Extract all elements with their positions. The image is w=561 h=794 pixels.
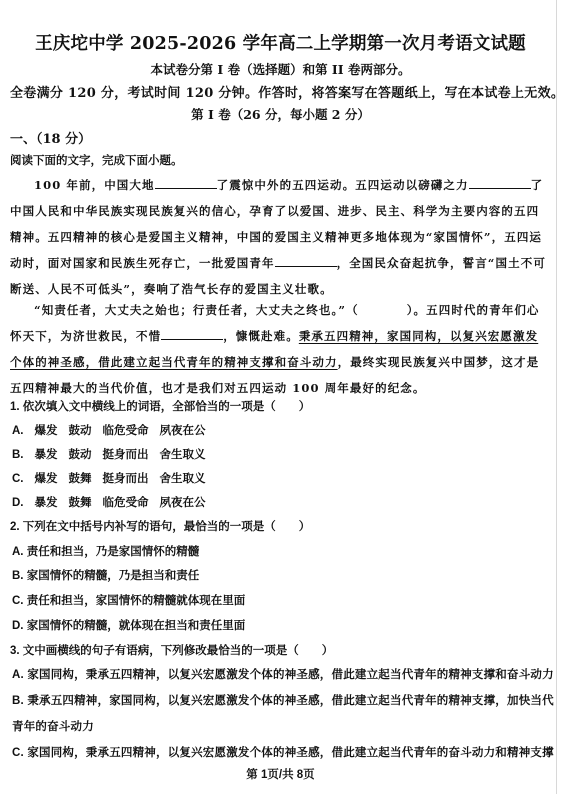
passage-text: “知责任者，大丈夫之始也；行责任者，大丈夫之终也。”（ — [34, 303, 359, 317]
option-word: 舍生取义 — [160, 446, 206, 462]
option-word: 爆发 — [35, 470, 58, 486]
option-label: B. — [12, 570, 24, 582]
section-instruction: 阅读下面的文字，完成下面小题。 — [10, 152, 183, 168]
option-word: 鼓舞 — [69, 494, 92, 510]
option-word: 夙夜在公 — [160, 494, 206, 510]
question-1-option-c: C.爆发鼓舞挺身而出舍生取义 — [12, 470, 217, 486]
question-2-stem: 2. 下列在文中括号内补写的语句，最恰当的一项是（ ） — [10, 518, 310, 534]
passage-paragraph-2: “知责任者，大丈夫之始也；行责任者，大丈夫之终也。”（）。五四时代的青年们心怀天… — [10, 297, 550, 401]
option-word: 夙夜在公 — [160, 422, 206, 438]
passage-text: 了震惊中外的五四运动。五四运动以磅礴之力 — [217, 178, 469, 192]
option-text: 责任和担当，乃是家国情怀的精髓 — [27, 546, 200, 558]
option-word: 挺身而出 — [103, 446, 149, 462]
option-label: A. — [12, 669, 24, 681]
option-label: B. — [12, 449, 24, 461]
option-label: C. — [12, 747, 24, 759]
passage-text: 100 年前，中国大地 — [34, 178, 155, 192]
option-label: A. — [12, 425, 24, 437]
option-word: 临危受命 — [103, 422, 149, 438]
exam-notice: 全卷满分 120 分，考试时间 120 分钟。作答时，将答案写在答题纸上，写在本… — [10, 82, 561, 101]
option-word: 挺身而出 — [103, 470, 149, 486]
option-word: 鼓舞 — [69, 470, 92, 486]
question-3-option-a: A. 家国同构，秉承五四精神，以复兴宏愿激发个体的神圣感，借此建立起当代青年的精… — [12, 662, 557, 688]
option-word: 鼓动 — [69, 422, 92, 438]
option-word: 爆发 — [35, 422, 58, 438]
option-label: B. — [12, 695, 24, 707]
option-label: D. — [12, 497, 24, 509]
option-word: 鼓动 — [69, 446, 92, 462]
passage-text: ，慷慨赴难。 — [223, 329, 299, 343]
option-text: 家国同构，秉承五四精神，以复兴宏愿激发个体的神圣感，借此建立起当代青年的精神支撑… — [27, 669, 554, 681]
part-title: 第 I 卷（26 分，每小题 2 分） — [0, 105, 561, 123]
exam-title: 王庆坨中学 2025-2026 学年高二上学期第一次月考语文试题 — [0, 30, 561, 55]
option-text: 责任和担当，家国情怀的精髓就体现在里面 — [27, 595, 246, 607]
question-3-stem: 3. 文中画横线的句子有语病，下列修改最恰当的一项是（ ） — [10, 642, 333, 658]
question-3-option-c: C. 家国同构，秉承五四精神，以复兴宏愿激发个体的神圣感，借此建立起当代青年的奋… — [12, 740, 557, 766]
question-2-option-c: C. 责任和担当，家国情怀的精髓就体现在里面 — [12, 592, 245, 608]
option-label: C. — [12, 595, 24, 607]
option-label: C. — [12, 473, 24, 485]
option-word: 舍生取义 — [160, 470, 206, 486]
option-label: D. — [12, 620, 24, 632]
fill-blank-1 — [155, 176, 217, 189]
question-2-option-d: D. 家国情怀的精髓，就体现在担当和责任里面 — [12, 617, 245, 633]
fill-blank-4 — [161, 327, 223, 340]
option-text: 秉承五四精神，家国同构，以复兴宏愿激发个体的神圣感，借此建立起当代青年的精神支撑… — [12, 695, 554, 733]
question-1-stem: 1. 依次填入文中横线上的词语，全部恰当的一项是（ ） — [10, 398, 310, 414]
section-title: 一、（18 分） — [10, 128, 91, 147]
passage-paragraph-1: 100 年前，中国大地了震惊中外的五四运动。五四运动以磅礴之力了中国人民和中华民… — [10, 172, 550, 302]
option-word: 暴发 — [35, 446, 58, 462]
option-text: 家国同构，秉承五四精神，以复兴宏愿激发个体的神圣感，借此建立起当代青年的奋斗动力… — [27, 747, 554, 759]
option-label: A. — [12, 546, 24, 558]
option-word: 临危受命 — [103, 494, 149, 510]
page-indicator: 第 1页/共 8页 — [0, 766, 561, 782]
fill-blank-2 — [469, 176, 531, 189]
fill-blank-3 — [275, 254, 337, 267]
question-1-option-b: B.暴发鼓动挺身而出舍生取义 — [12, 446, 217, 462]
option-text: 家国情怀的精髓，乃是担当和责任 — [27, 570, 200, 582]
question-1-option-d: D.暴发鼓舞临危受命夙夜在公 — [12, 494, 217, 510]
question-2-option-a: A. 责任和担当，乃是家国情怀的精髓 — [12, 543, 199, 559]
question-3-option-b: B. 秉承五四精神，家国同构，以复兴宏愿激发个体的神圣感，借此建立起当代青年的精… — [12, 688, 557, 740]
question-2-option-b: B. 家国情怀的精髓，乃是担当和责任 — [12, 567, 199, 583]
option-word: 暴发 — [35, 494, 58, 510]
question-1-option-a: A.爆发鼓动临危受命夙夜在公 — [12, 422, 217, 438]
option-text: 家国情怀的精髓，就体现在担当和责任里面 — [27, 620, 246, 632]
exam-subtitle: 本试卷分第 I 卷（选择题）和第 II 卷两部分。 — [0, 60, 561, 78]
